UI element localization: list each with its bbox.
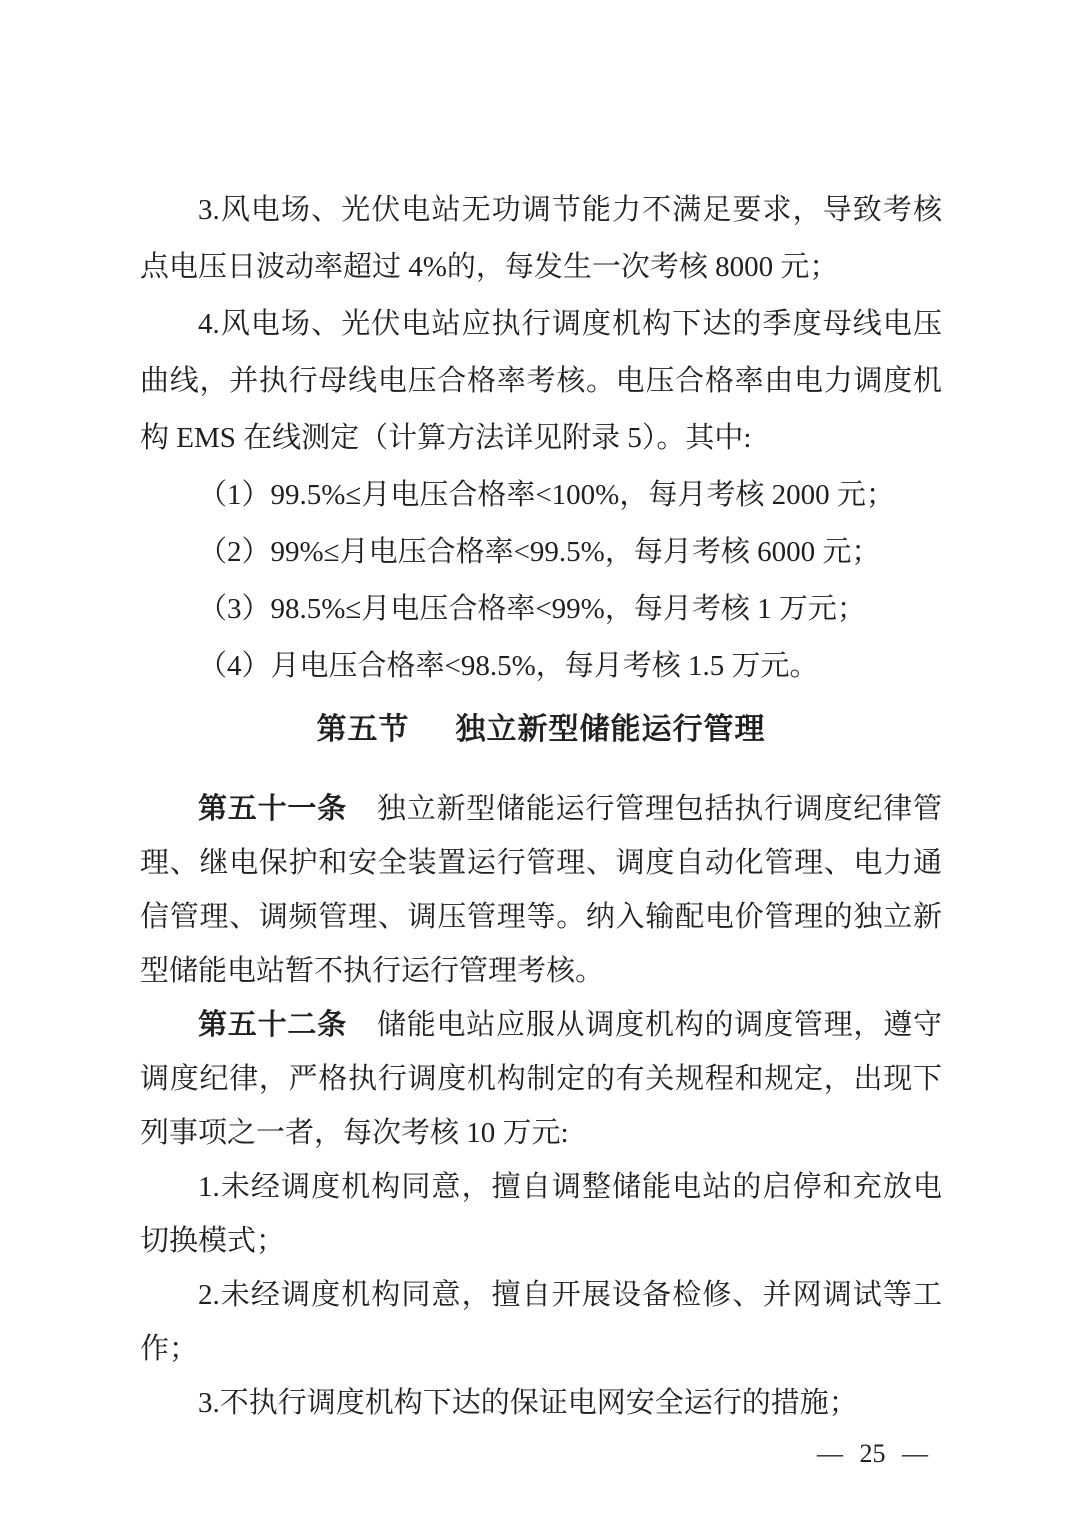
sub-item-4: （4）月电压合格率<98.5%，每月考核 1.5 万元。 xyxy=(140,638,942,695)
document-page: 3.风电场、光伏电站无功调节能力不满足要求，导致考核点电压日波动率超过 4%的，… xyxy=(0,0,1080,1527)
section-heading: 第五节独立新型储能运行管理 xyxy=(140,703,942,757)
article-52: 第五十二条储能电站应服从调度机构的调度管理，遵守调度纪律，严格执行调度机构制定的… xyxy=(140,998,942,1160)
page-content: 3.风电场、光伏电站无功调节能力不满足要求，导致考核点电压日波动率超过 4%的，… xyxy=(140,182,942,1470)
paragraph-item-3: 3.风电场、光伏电站无功调节能力不满足要求，导致考核点电压日波动率超过 4%的，… xyxy=(140,182,942,296)
sub-item-2: （2）99%≤月电压合格率<99.5%，每月考核 6000 元； xyxy=(140,524,942,581)
sub-item-1: （1）99.5%≤月电压合格率<100%，每月考核 2000 元； xyxy=(140,467,942,524)
section-title: 独立新型储能运行管理 xyxy=(456,713,766,746)
article-52-number: 第五十二条 xyxy=(198,1009,347,1041)
sub-item-3: （3）98.5%≤月电压合格率<99%，每月考核 1 万元； xyxy=(140,581,942,638)
paragraph-item-4: 4.风电场、光伏电站应执行调度机构下达的季度母线电压曲线，并执行母线电压合格率考… xyxy=(140,296,942,467)
article-52-item-1: 1.未经调度机构同意，擅自调整储能电站的启停和充放电切换模式； xyxy=(140,1160,942,1268)
section-number: 第五节 xyxy=(317,713,410,746)
article-52-item-3: 3.不执行调度机构下达的保证电网安全运行的措施； xyxy=(140,1376,942,1430)
article-51: 第五十一条独立新型储能运行管理包括执行调度纪律管理、继电保护和安全装置运行管理、… xyxy=(140,782,942,998)
page-number: — 25 — xyxy=(140,1438,942,1470)
article-51-number: 第五十一条 xyxy=(198,793,347,825)
article-52-item-2: 2.未经调度机构同意，擅自开展设备检修、并网调试等工作； xyxy=(140,1268,942,1376)
